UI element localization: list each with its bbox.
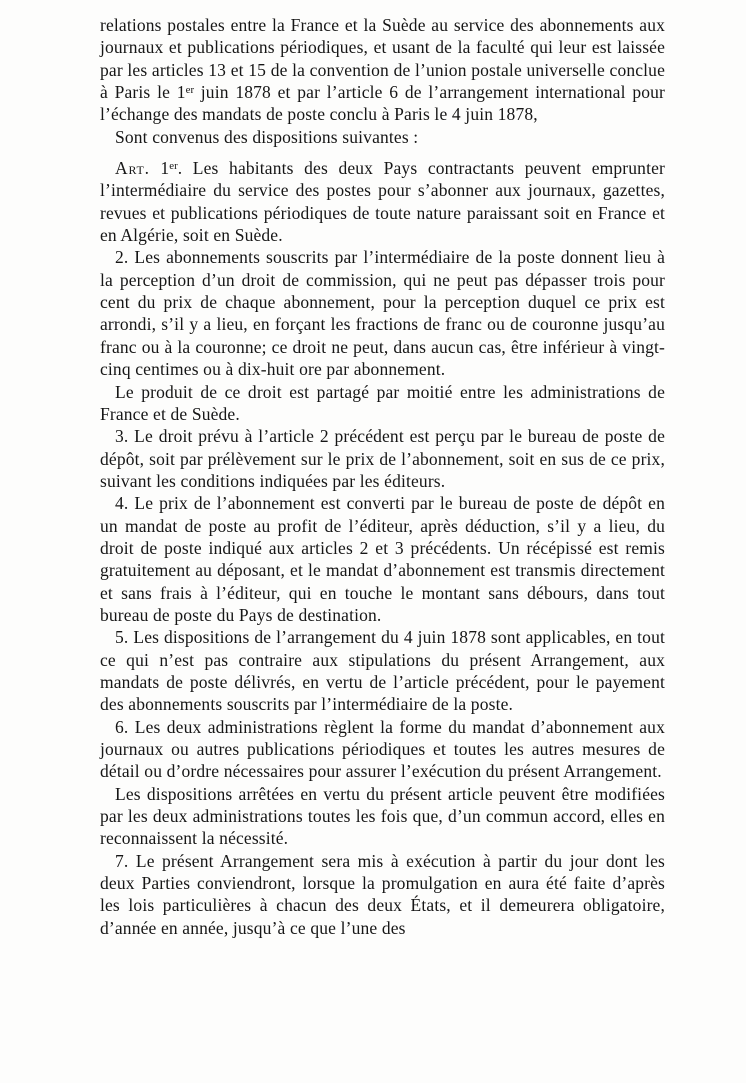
article-2-text: 2. Les abonnements souscrits par l’inter… [100,247,665,379]
paragraph-intro-continuation: relations postales entre la France et la… [100,14,665,126]
paragraph-article-6-modif: Les dispositions arrêtées en vertu du pr… [100,783,665,850]
paragraph-convenus: Sont convenus des dispositions suivantes… [100,126,665,148]
paragraph-article-4: 4. Le prix de l’abonnement est converti … [100,492,665,626]
paragraph-article-3: 3. Le droit prévu à l’article 2 précéden… [100,425,665,492]
article-1-text: . Les habitants des deux Pays contractan… [100,158,665,245]
convenus-text: Sont convenus des dispositions suivantes… [115,127,418,147]
text-column: relations postales entre la France et la… [100,14,665,939]
article-2-partage-text: Le produit de ce droit est partagé par m… [100,382,665,424]
paragraph-article-2-partage: Le produit de ce droit est partagé par m… [100,381,665,426]
article-6-modif-text: Les dispositions arrêtées en vertu du pr… [100,784,665,849]
article-7-text: 7. Le présent Arrangement sera mis à exé… [100,851,665,938]
paragraph-article-5: 5. Les dispositions de l’arrangement du … [100,626,665,715]
article-3-text: 3. Le droit prévu à l’article 2 précéden… [100,426,665,491]
article-5-text: 5. Les dispositions de l’arrangement du … [100,627,665,714]
article-4-text: 4. Le prix de l’abonnement est converti … [100,493,665,625]
paragraph-article-2: 2. Les abonnements souscrits par l’inter… [100,246,665,380]
article-1-label-smallcaps: Art. [115,158,150,178]
paragraph-article-7: 7. Le présent Arrangement sera mis à exé… [100,850,665,939]
article-6-text: 6. Les deux administrations règlent la f… [100,717,665,782]
paragraph-article-6: 6. Les deux administrations règlent la f… [100,716,665,783]
paragraph-article-1: Art. 1er. Les habitants des deux Pays co… [100,157,665,246]
scanned-page: relations postales entre la France et la… [0,0,746,1083]
article-1-ordinal-superscript: er [169,160,177,172]
article-1-number: 1 [150,158,169,178]
ordinal-superscript: er [186,84,194,96]
